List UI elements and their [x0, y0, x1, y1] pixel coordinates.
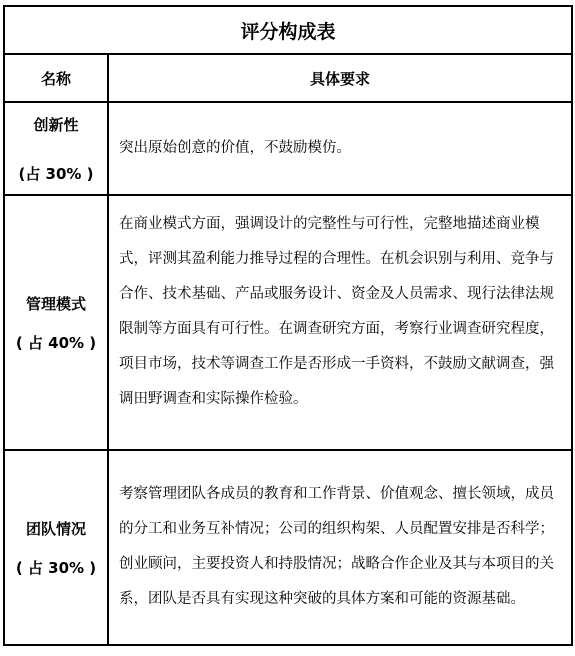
table-row-innovation: 创新性 (占 30% ) 突出原始创意的价值，不鼓励模仿。	[4, 102, 572, 195]
criterion-name: 创新性	[5, 114, 107, 135]
criterion-weight: ( 占 40% )	[5, 332, 107, 353]
criterion-requirement: 突出原始创意的价值，不鼓励模仿。	[119, 131, 561, 166]
criterion-requirement-cell: 在商业模式方面，强调设计的完整性与可行性，完整地描述商业模式，评测其盈利能力推导…	[108, 195, 572, 450]
criterion-requirement: 考察管理团队各成员的教育和工作背景、价值观念、擅长领域，成员的分工和业务互补情况…	[119, 477, 561, 617]
table-row-team: 团队情况 ( 占 30% ) 考察管理团队各成员的教育和工作背景、价值观念、擅长…	[4, 450, 572, 645]
criterion-name-cell: 创新性 (占 30% )	[4, 102, 108, 195]
criterion-name: 团队情况	[5, 518, 107, 539]
criterion-requirement-cell: 突出原始创意的价值，不鼓励模仿。	[108, 102, 572, 195]
header-requirements: 具体要求	[108, 54, 572, 102]
title-row: 评分构成表	[4, 6, 572, 54]
criterion-name: 管理模式	[5, 293, 107, 314]
criterion-name-cell: 管理模式 ( 占 40% )	[4, 195, 108, 450]
table-row-management: 管理模式 ( 占 40% ) 在商业模式方面，强调设计的完整性与可行性，完整地描…	[4, 195, 572, 450]
score-composition-table: 评分构成表 名称 具体要求 创新性 (占 30% ) 突出原始创意的价值，不鼓励…	[3, 5, 573, 646]
header-name: 名称	[4, 54, 108, 102]
criterion-requirement-cell: 考察管理团队各成员的教育和工作背景、价值观念、擅长领域，成员的分工和业务互补情况…	[108, 450, 572, 645]
header-row: 名称 具体要求	[4, 54, 572, 102]
criterion-requirement: 在商业模式方面，强调设计的完整性与可行性，完整地描述商业模式，评测其盈利能力推导…	[119, 207, 561, 417]
criterion-weight: ( 占 30% )	[5, 557, 107, 578]
criterion-weight: (占 30% )	[5, 163, 107, 184]
criterion-name-cell: 团队情况 ( 占 30% )	[4, 450, 108, 645]
table-title: 评分构成表	[4, 6, 572, 54]
